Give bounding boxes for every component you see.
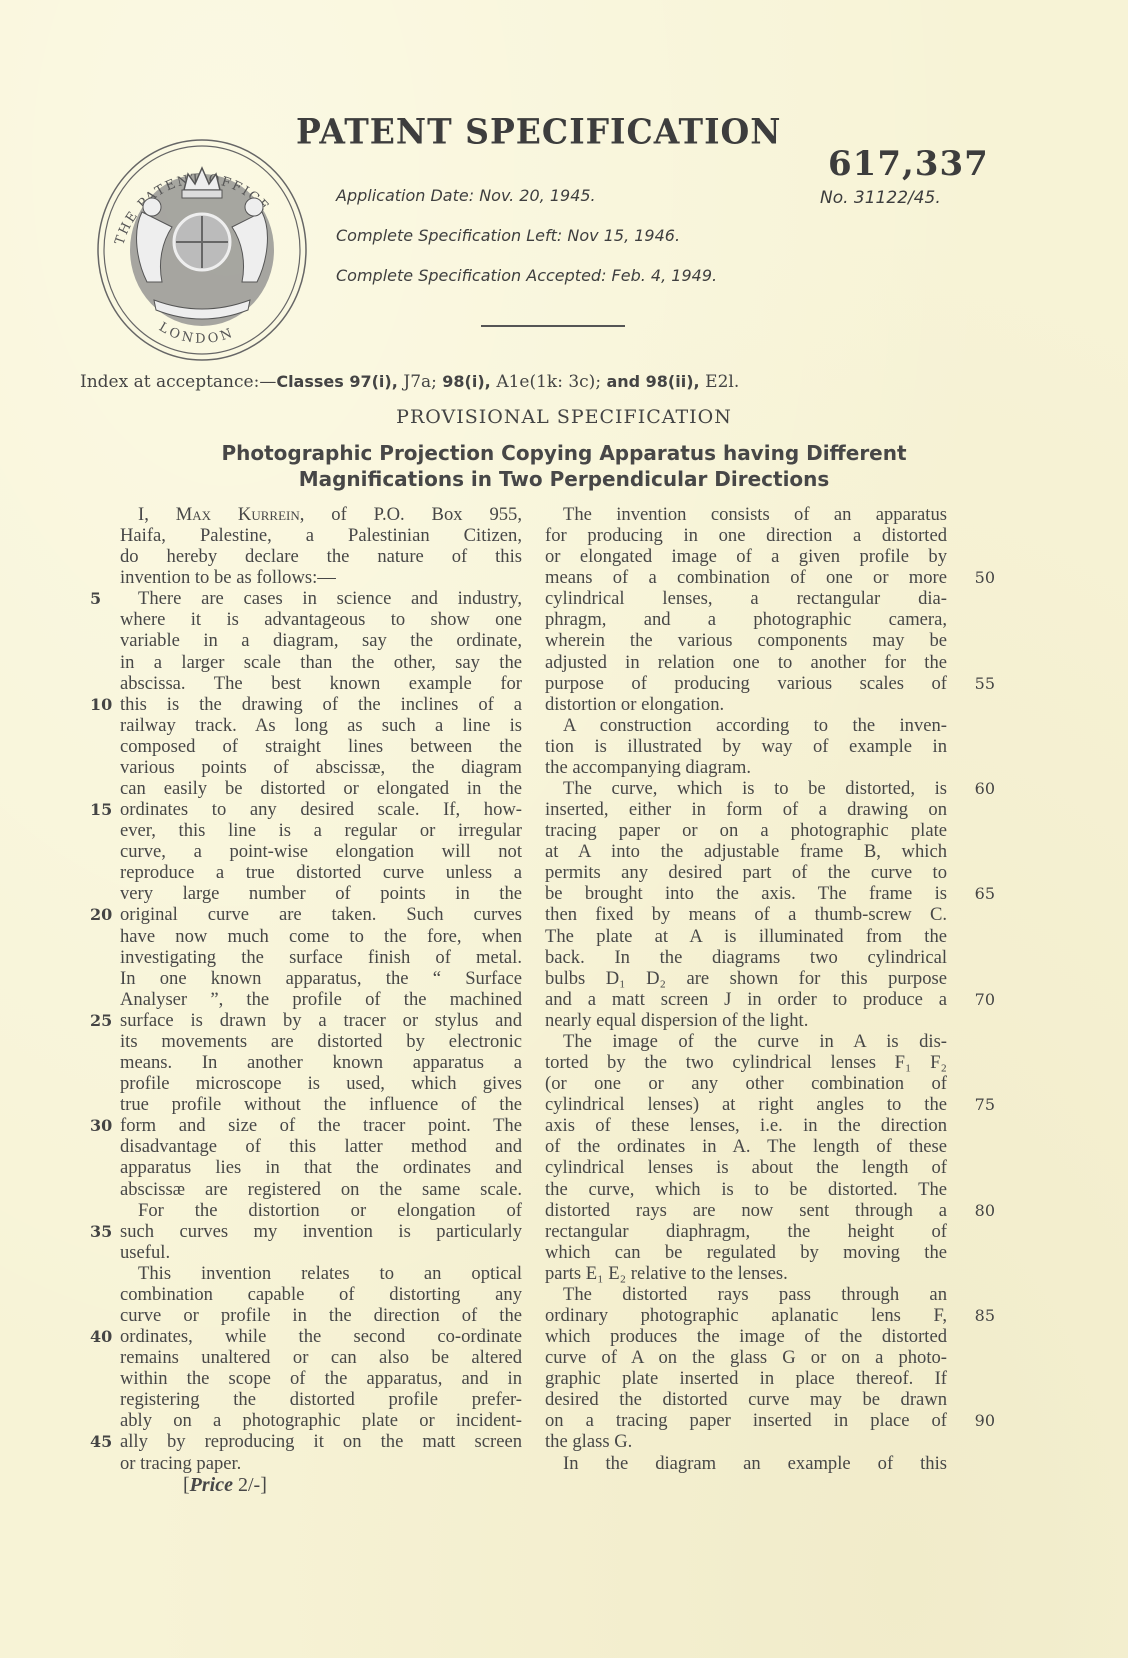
line-text: nearly equal dispersion of the light. bbox=[545, 1010, 808, 1031]
index-at-acceptance: Index at acceptance:—Classes 97(i), J7a;… bbox=[80, 372, 980, 392]
index-class-segment: J7a; bbox=[403, 372, 442, 392]
text-line: combination capable of distorting any bbox=[120, 1284, 522, 1305]
text-line: and a matt screen J in order to produce … bbox=[545, 989, 947, 1010]
text-line: parts E₁ E₂ relative to the lenses. bbox=[545, 1263, 947, 1284]
line-text: investigating the surface finish of meta… bbox=[120, 947, 522, 968]
line-text: composed of straight lines between the bbox=[120, 736, 522, 757]
line-text: rectangular diaphragm, the height of bbox=[545, 1221, 947, 1242]
text-line: disadvantage of this latter method and bbox=[120, 1136, 522, 1157]
line-number: 40 bbox=[90, 1326, 112, 1347]
text-line: phragm, and a photographic camera, bbox=[545, 609, 947, 630]
text-line: or tracing paper. bbox=[120, 1453, 522, 1474]
line-text: torted by the two cylindrical lenses F₁ … bbox=[545, 1052, 947, 1073]
line-text: ever, this line is a regular or irregula… bbox=[120, 820, 522, 841]
text-line: then fixed by means of a thumb-screw C. bbox=[545, 904, 947, 925]
text-line: apparatus lies in that the ordinates and bbox=[120, 1157, 522, 1178]
line-text: or tracing paper. bbox=[120, 1453, 241, 1474]
text-line: can easily be distorted or elongated in … bbox=[120, 778, 522, 799]
line-text: useful. bbox=[120, 1242, 170, 1263]
text-line: In one known apparatus, the “ Surface bbox=[120, 968, 522, 989]
price-label: Price bbox=[190, 1474, 233, 1496]
line-text: this is the drawing of the inclines of a bbox=[120, 694, 522, 715]
line-text: invention to be as follows:— bbox=[120, 567, 336, 588]
line-text: cylindrical lenses is about the length o… bbox=[545, 1157, 947, 1178]
text-line: for producing in one direction a distort… bbox=[545, 525, 947, 546]
line-text: parts E₁ E₂ relative to the lenses. bbox=[545, 1263, 788, 1284]
line-text: There are cases in science and industry, bbox=[138, 588, 522, 609]
patent-office-seal-icon: THE PATENT OFFICE LONDON bbox=[92, 132, 312, 362]
line-text: This invention relates to an optical bbox=[138, 1263, 522, 1284]
text-line: curve or profile in the direction of the bbox=[120, 1305, 522, 1326]
line-text: In one known apparatus, the “ Surface bbox=[120, 968, 522, 989]
line-text: purpose of producing various scales of bbox=[545, 673, 947, 694]
line-text: be brought into the axis. The frame is bbox=[545, 883, 947, 904]
text-line: There are cases in science and industry,… bbox=[120, 588, 522, 609]
text-line: The distorted rays pass through an bbox=[545, 1284, 947, 1305]
line-text: wherein the various components may be bbox=[545, 630, 947, 651]
text-line: Analyser ”, the profile of the machined bbox=[120, 989, 522, 1010]
text-line: distortion or elongation. bbox=[545, 694, 947, 715]
text-line: For the distortion or elongation of bbox=[120, 1200, 522, 1221]
line-number: 10 bbox=[90, 694, 112, 715]
text-line: graphic plate inserted in place thereof.… bbox=[545, 1368, 947, 1389]
line-text: ally by reproducing it on the matt scree… bbox=[120, 1431, 522, 1452]
line-text: where it is advantageous to show one bbox=[120, 609, 522, 630]
text-line: variable in a diagram, say the ordinate, bbox=[120, 630, 522, 651]
text-line: which can be regulated by moving the bbox=[545, 1242, 947, 1263]
line-text: for producing in one direction a distort… bbox=[545, 525, 947, 546]
line-text: In the diagram an example of this bbox=[563, 1453, 947, 1474]
text-line: registering the distorted profile prefer… bbox=[120, 1389, 522, 1410]
text-line: ordinates, while the second co-ordinate4… bbox=[120, 1326, 522, 1347]
text-line: The plate at A is illuminated from the bbox=[545, 926, 947, 947]
line-number: 25 bbox=[90, 1010, 112, 1031]
line-text: curve, a point-wise elongation will not bbox=[120, 841, 522, 862]
text-line: desired the distorted curve may be drawn bbox=[545, 1389, 947, 1410]
text-line: investigating the surface finish of meta… bbox=[120, 947, 522, 968]
line-text: permits any desired part of the curve to bbox=[545, 862, 947, 883]
text-line: tracing paper or on a photographic plate bbox=[545, 820, 947, 841]
line-number: 75 bbox=[975, 1094, 995, 1115]
line-number: 80 bbox=[975, 1200, 995, 1221]
text-line: means of a combination of one or more50 bbox=[545, 567, 947, 588]
text-line: cylindrical lenses is about the length o… bbox=[545, 1157, 947, 1178]
text-line: permits any desired part of the curve to bbox=[545, 862, 947, 883]
text-line: The invention consists of an apparatus bbox=[545, 504, 947, 525]
right-text-column: The invention consists of an apparatusfo… bbox=[545, 504, 947, 1474]
line-text: and a matt screen J in order to produce … bbox=[545, 989, 947, 1010]
line-text: do hereby declare the nature of this bbox=[120, 546, 522, 567]
text-line: in a larger scale than the other, say th… bbox=[120, 652, 522, 673]
line-text: various points of abscissæ, the diagram bbox=[120, 757, 522, 778]
line-number: 70 bbox=[975, 989, 995, 1010]
line-text: ordinary photographic aplanatic lens F, bbox=[545, 1305, 947, 1326]
line-number: 65 bbox=[975, 883, 995, 904]
line-text: axis of these lenses, i.e. in the direct… bbox=[545, 1115, 947, 1136]
index-class-segment: and 98(ii), bbox=[606, 372, 705, 391]
line-number: 15 bbox=[90, 799, 112, 820]
line-text: within the scope of the apparatus, and i… bbox=[120, 1368, 522, 1389]
line-text: ably on a photographic plate or incident… bbox=[120, 1410, 522, 1431]
line-text: A construction according to the inven- bbox=[563, 715, 947, 736]
line-text: adjusted in relation one to another for … bbox=[545, 652, 947, 673]
line-text: then fixed by means of a thumb-screw C. bbox=[545, 904, 947, 925]
text-line: true profile without the influence of th… bbox=[120, 1094, 522, 1115]
text-line: nearly equal dispersion of the light. bbox=[545, 1010, 947, 1031]
text-line: remains unaltered or can also be altered bbox=[120, 1347, 522, 1368]
line-text: tracing paper or on a photographic plate bbox=[545, 820, 947, 841]
text-line: abscissæ are registered on the same scal… bbox=[120, 1179, 522, 1200]
line-number: 50 bbox=[975, 567, 995, 588]
line-number: 85 bbox=[975, 1305, 995, 1326]
text-line: abscissa. The best known example for bbox=[120, 673, 522, 694]
text-line: adjusted in relation one to another for … bbox=[545, 652, 947, 673]
line-text: tion is illustrated by way of example in bbox=[545, 736, 947, 757]
line-text: or elongated image of a given profile by bbox=[545, 546, 947, 567]
line-number: 60 bbox=[975, 778, 995, 799]
line-number: 35 bbox=[90, 1221, 112, 1242]
line-text: abscissæ are registered on the same scal… bbox=[120, 1179, 522, 1200]
text-line: useful. bbox=[120, 1242, 522, 1263]
line-text: The image of the curve in A is dis- bbox=[563, 1031, 947, 1052]
line-text: bulbs D₁ D₂ are shown for this purpose bbox=[545, 968, 947, 989]
text-line: cylindrical lenses, a rectangular dia- bbox=[545, 588, 947, 609]
text-line: This invention relates to an optical bbox=[120, 1263, 522, 1284]
line-text: the curve, which is to be distorted. The bbox=[545, 1179, 947, 1200]
index-class-segment: A1e(1k: 3c); bbox=[496, 372, 606, 392]
text-line: form and size of the tracer point. The30 bbox=[120, 1115, 522, 1136]
text-line: ordinates to any desired scale. If, how-… bbox=[120, 799, 522, 820]
line-text: cylindrical lenses) at right angles to t… bbox=[545, 1094, 947, 1115]
dates-block: Application Date: Nov. 20, 1945. Complet… bbox=[336, 186, 717, 306]
text-line: inserted, either in form of a drawing on bbox=[545, 799, 947, 820]
text-line: have now much come to the fore, when bbox=[120, 926, 522, 947]
price-tag: [Price 2/-] bbox=[183, 1474, 267, 1497]
text-line: railway track. As long as such a line is bbox=[120, 715, 522, 736]
text-line: such curves my invention is particularly… bbox=[120, 1221, 522, 1242]
text-line: ordinary photographic aplanatic lens F,8… bbox=[545, 1305, 947, 1326]
line-text: which produces the image of the distorte… bbox=[545, 1326, 947, 1347]
text-line: Haifa, Palestine, a Palestinian Citizen, bbox=[120, 525, 522, 546]
line-text: The distorted rays pass through an bbox=[563, 1284, 947, 1305]
text-line: ably on a photographic plate or incident… bbox=[120, 1410, 522, 1431]
text-line: its movements are distorted by electroni… bbox=[120, 1031, 522, 1052]
line-text: The plate at A is illuminated from the bbox=[545, 926, 947, 947]
text-line: rectangular diaphragm, the height of bbox=[545, 1221, 947, 1242]
line-text: desired the distorted curve may be drawn bbox=[545, 1389, 947, 1410]
text-line: profile microscope is used, which gives bbox=[120, 1073, 522, 1094]
line-text: form and size of the tracer point. The bbox=[120, 1115, 522, 1136]
line-text: distortion or elongation. bbox=[545, 694, 724, 715]
line-text: Haifa, Palestine, a Palestinian Citizen, bbox=[120, 525, 522, 546]
line-text: means. In another known apparatus a bbox=[120, 1052, 522, 1073]
index-class-segment: 98(i), bbox=[442, 372, 496, 391]
text-line: purpose of producing various scales of55 bbox=[545, 673, 947, 694]
line-text: the accompanying diagram. bbox=[545, 757, 751, 778]
text-line: axis of these lenses, i.e. in the direct… bbox=[545, 1115, 947, 1136]
line-text: disadvantage of this latter method and bbox=[120, 1136, 522, 1157]
line-number: 45 bbox=[90, 1431, 112, 1452]
application-date: Application Date: Nov. 20, 1945. bbox=[336, 186, 717, 226]
heading-line-2: Magnifications in Two Perpendicular Dire… bbox=[0, 466, 1128, 492]
line-text: (or one or any other combination of bbox=[545, 1073, 947, 1094]
line-text: on a tracing paper inserted in place of bbox=[545, 1410, 947, 1431]
text-line: at A into the adjustable frame B, which bbox=[545, 841, 947, 862]
text-line: the curve, which is to be distorted. The bbox=[545, 1179, 947, 1200]
text-line: The curve, which is to be distorted, is6… bbox=[545, 778, 947, 799]
line-text: Analyser ”, the profile of the machined bbox=[120, 989, 522, 1010]
index-class-segment: E2l. bbox=[705, 372, 739, 392]
line-text: ordinates, while the second co-ordinate bbox=[120, 1326, 522, 1347]
text-line: In the diagram an example of this bbox=[545, 1453, 947, 1474]
text-line: of the ordinates in A. The length of the… bbox=[545, 1136, 947, 1157]
line-text: I, Max Kurrein, of P.O. Box 955, bbox=[138, 504, 522, 525]
text-line: on a tracing paper inserted in place of9… bbox=[545, 1410, 947, 1431]
line-number: 20 bbox=[90, 904, 112, 925]
line-text: apparatus lies in that the ordinates and bbox=[120, 1157, 522, 1178]
left-text-column: I, Max Kurrein, of P.O. Box 955,Haifa, P… bbox=[120, 504, 522, 1474]
line-text: the glass G. bbox=[545, 1431, 632, 1452]
line-text: have now much come to the fore, when bbox=[120, 926, 522, 947]
line-text: The curve, which is to be distorted, is bbox=[563, 778, 947, 799]
text-line: wherein the various components may be bbox=[545, 630, 947, 651]
text-line: which produces the image of the distorte… bbox=[545, 1326, 947, 1347]
text-line: very large number of points in the bbox=[120, 883, 522, 904]
text-line: original curve are taken. Such curves20 bbox=[120, 904, 522, 925]
line-text: inserted, either in form of a drawing on bbox=[545, 799, 947, 820]
line-text: remains unaltered or can also be altered bbox=[120, 1347, 522, 1368]
index-class-segment: Classes 97(i), bbox=[276, 372, 403, 391]
text-line: means. In another known apparatus a bbox=[120, 1052, 522, 1073]
text-line: the accompanying diagram. bbox=[545, 757, 947, 778]
line-text: variable in a diagram, say the ordinate, bbox=[120, 630, 522, 651]
line-text: original curve are taken. Such curves bbox=[120, 904, 522, 925]
line-text: reproduce a true distorted curve unless … bbox=[120, 862, 522, 883]
line-text: profile microscope is used, which gives bbox=[120, 1073, 522, 1094]
invention-heading: Photographic Projection Copying Apparatu… bbox=[0, 440, 1128, 492]
line-text: graphic plate inserted in place thereof.… bbox=[545, 1368, 947, 1389]
text-line: bulbs D₁ D₂ are shown for this purpose bbox=[545, 968, 947, 989]
line-text: phragm, and a photographic camera, bbox=[545, 609, 947, 630]
line-text: registering the distorted profile prefer… bbox=[120, 1389, 522, 1410]
line-text: cylindrical lenses, a rectangular dia- bbox=[545, 588, 947, 609]
line-text: abscissa. The best known example for bbox=[120, 673, 522, 694]
text-line: where it is advantageous to show one bbox=[120, 609, 522, 630]
index-classes: Classes 97(i), J7a; 98(i), A1e(1k: 3c); … bbox=[276, 372, 739, 392]
line-text: back. In the diagrams two cylindrical bbox=[545, 947, 947, 968]
text-line: reproduce a true distorted curve unless … bbox=[120, 862, 522, 883]
text-line: do hereby declare the nature of this bbox=[120, 546, 522, 567]
specification-left-date: Complete Specification Left: Nov 15, 194… bbox=[336, 226, 717, 266]
specification-accepted-date: Complete Specification Accepted: Feb. 4,… bbox=[336, 266, 717, 306]
line-text: at A into the adjustable frame B, which bbox=[545, 841, 947, 862]
text-line: I, Max Kurrein, of P.O. Box 955, bbox=[120, 504, 522, 525]
text-line: back. In the diagrams two cylindrical bbox=[545, 947, 947, 968]
line-text: distorted rays are now sent through a bbox=[545, 1200, 947, 1221]
section-label: PROVISIONAL SPECIFICATION bbox=[0, 406, 1128, 428]
text-line: distorted rays are now sent through a80 bbox=[545, 1200, 947, 1221]
line-text: ordinates to any desired scale. If, how- bbox=[120, 799, 522, 820]
line-text: surface is drawn by a tracer or stylus a… bbox=[120, 1010, 522, 1031]
line-text: curve of A on the glass G or on a photo- bbox=[545, 1347, 947, 1368]
price-value: 2/- bbox=[238, 1474, 260, 1496]
line-text: The invention consists of an apparatus bbox=[563, 504, 947, 525]
index-prefix: Index at acceptance:— bbox=[80, 372, 276, 392]
line-text: its movements are distorted by electroni… bbox=[120, 1031, 522, 1052]
patent-number: 617,337 bbox=[828, 144, 989, 184]
line-text: of the ordinates in A. The length of the… bbox=[545, 1136, 947, 1157]
line-number: 55 bbox=[975, 673, 995, 694]
text-line: curve of A on the glass G or on a photo- bbox=[545, 1347, 947, 1368]
text-line: composed of straight lines between the bbox=[120, 736, 522, 757]
line-text: which can be regulated by moving the bbox=[545, 1242, 947, 1263]
line-number: 90 bbox=[975, 1410, 995, 1431]
text-line: various points of abscissæ, the diagram bbox=[120, 757, 522, 778]
text-line: the glass G. bbox=[545, 1431, 947, 1452]
line-text: curve or profile in the direction of the bbox=[120, 1305, 522, 1326]
text-line: this is the drawing of the inclines of a… bbox=[120, 694, 522, 715]
text-line: tion is illustrated by way of example in bbox=[545, 736, 947, 757]
text-line: curve, a point-wise elongation will not bbox=[120, 841, 522, 862]
text-line: be brought into the axis. The frame is65 bbox=[545, 883, 947, 904]
line-text: such curves my invention is particularly bbox=[120, 1221, 522, 1242]
text-line: (or one or any other combination of bbox=[545, 1073, 947, 1094]
application-number: No. 31122/45. bbox=[820, 188, 941, 208]
text-line: invention to be as follows:— bbox=[120, 567, 522, 588]
line-number: 30 bbox=[90, 1115, 112, 1136]
line-number: 5 bbox=[90, 588, 101, 609]
line-text: means of a combination of one or more bbox=[545, 567, 947, 588]
text-line: within the scope of the apparatus, and i… bbox=[120, 1368, 522, 1389]
line-text: very large number of points in the bbox=[120, 883, 522, 904]
line-text: combination capable of distorting any bbox=[120, 1284, 522, 1305]
divider bbox=[481, 325, 625, 327]
text-line: ally by reproducing it on the matt scree… bbox=[120, 1431, 522, 1452]
text-line: A construction according to the inven- bbox=[545, 715, 947, 736]
line-text: For the distortion or elongation of bbox=[138, 1200, 522, 1221]
heading-line-1: Photographic Projection Copying Apparatu… bbox=[0, 440, 1128, 466]
text-line: surface is drawn by a tracer or stylus a… bbox=[120, 1010, 522, 1031]
text-line: ever, this line is a regular or irregula… bbox=[120, 820, 522, 841]
text-line: The image of the curve in A is dis- bbox=[545, 1031, 947, 1052]
line-text: railway track. As long as such a line is bbox=[120, 715, 522, 736]
line-text: true profile without the influence of th… bbox=[120, 1094, 522, 1115]
document-title: PATENT SPECIFICATION bbox=[296, 111, 781, 152]
line-text: can easily be distorted or elongated in … bbox=[120, 778, 522, 799]
line-text: in a larger scale than the other, say th… bbox=[120, 652, 522, 673]
text-line: cylindrical lenses) at right angles to t… bbox=[545, 1094, 947, 1115]
text-line: torted by the two cylindrical lenses F₁ … bbox=[545, 1052, 947, 1073]
text-line: or elongated image of a given profile by bbox=[545, 546, 947, 567]
